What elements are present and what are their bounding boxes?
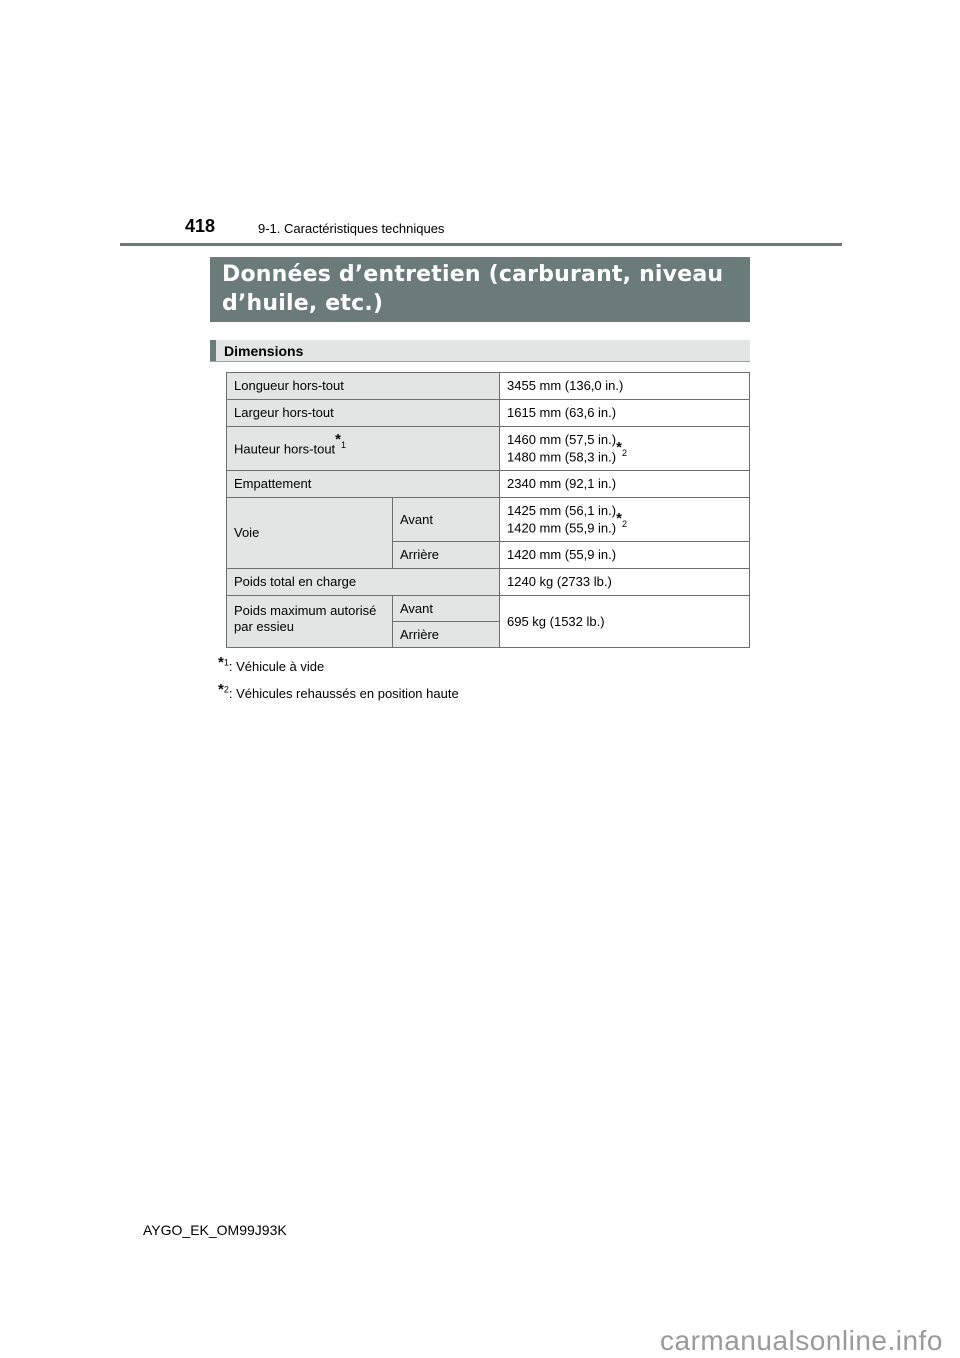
dimensions-table: Longueur hors-tout 3455 mm (136,0 in.) L… (226, 372, 750, 648)
footnote: *2: Véhicules rehaussés en position haut… (218, 681, 459, 701)
row-value: 1460 mm (57,5 in.)1480 mm (58,3 in.)*2 (500, 427, 750, 471)
row-value: 1615 mm (63,6 in.) (500, 400, 750, 427)
row-value: 1420 mm (55,9 in.) (500, 542, 750, 569)
section-heading-text: Dimensions (224, 343, 303, 359)
heading-accent-bar (210, 340, 216, 361)
section-breadcrumb: 9-1. Caractéristiques techniques (258, 221, 444, 236)
table-row: Poids total en charge 1240 kg (2733 lb.) (227, 569, 750, 596)
row-label: Voie (227, 498, 393, 569)
row-value: 1425 mm (56,1 in.)1420 mm (55,9 in.)*2 (500, 498, 750, 542)
row-value: 1240 kg (2733 lb.) (500, 569, 750, 596)
footnote: *1: Véhicule à vide (218, 654, 459, 674)
row-label: Empattement (227, 471, 500, 498)
row-label: Poids total en charge (227, 569, 500, 596)
watermark: carmanualsonline.info (660, 1325, 943, 1357)
table-row: Longueur hors-tout 3455 mm (136,0 in.) (227, 373, 750, 400)
row-label: Longueur hors-tout (227, 373, 500, 400)
sub-label: Avant (393, 596, 500, 622)
document-code: AYGO_EK_OM99J93K (143, 1222, 287, 1238)
page-title: Données d’entretien (carburant, niveau d… (210, 257, 750, 322)
header-divider (120, 243, 842, 246)
footnotes: *1: Véhicule à vide *2: Véhicules rehaus… (218, 654, 459, 708)
sub-label: Avant (393, 498, 500, 542)
table-row: Largeur hors-tout 1615 mm (63,6 in.) (227, 400, 750, 427)
row-label: Poids maximum autorisé par essieu (227, 596, 393, 648)
table-row: Voie Avant 1425 mm (56,1 in.)1420 mm (55… (227, 498, 750, 542)
section-heading: Dimensions (210, 340, 750, 362)
row-label: Largeur hors-tout (227, 400, 500, 427)
row-value: 3455 mm (136,0 in.) (500, 373, 750, 400)
row-value: 695 kg (1532 lb.) (500, 596, 750, 648)
sub-label: Arrière (393, 622, 500, 648)
row-value: 2340 mm (92,1 in.) (500, 471, 750, 498)
table-row: Poids maximum autorisé par essieu Avant … (227, 596, 750, 622)
page-number: 418 (185, 216, 215, 237)
table-row: Hauteur hors-tout*1 1460 mm (57,5 in.)14… (227, 427, 750, 471)
sub-label: Arrière (393, 542, 500, 569)
row-label: Hauteur hors-tout*1 (227, 427, 500, 471)
table-row: Empattement 2340 mm (92,1 in.) (227, 471, 750, 498)
